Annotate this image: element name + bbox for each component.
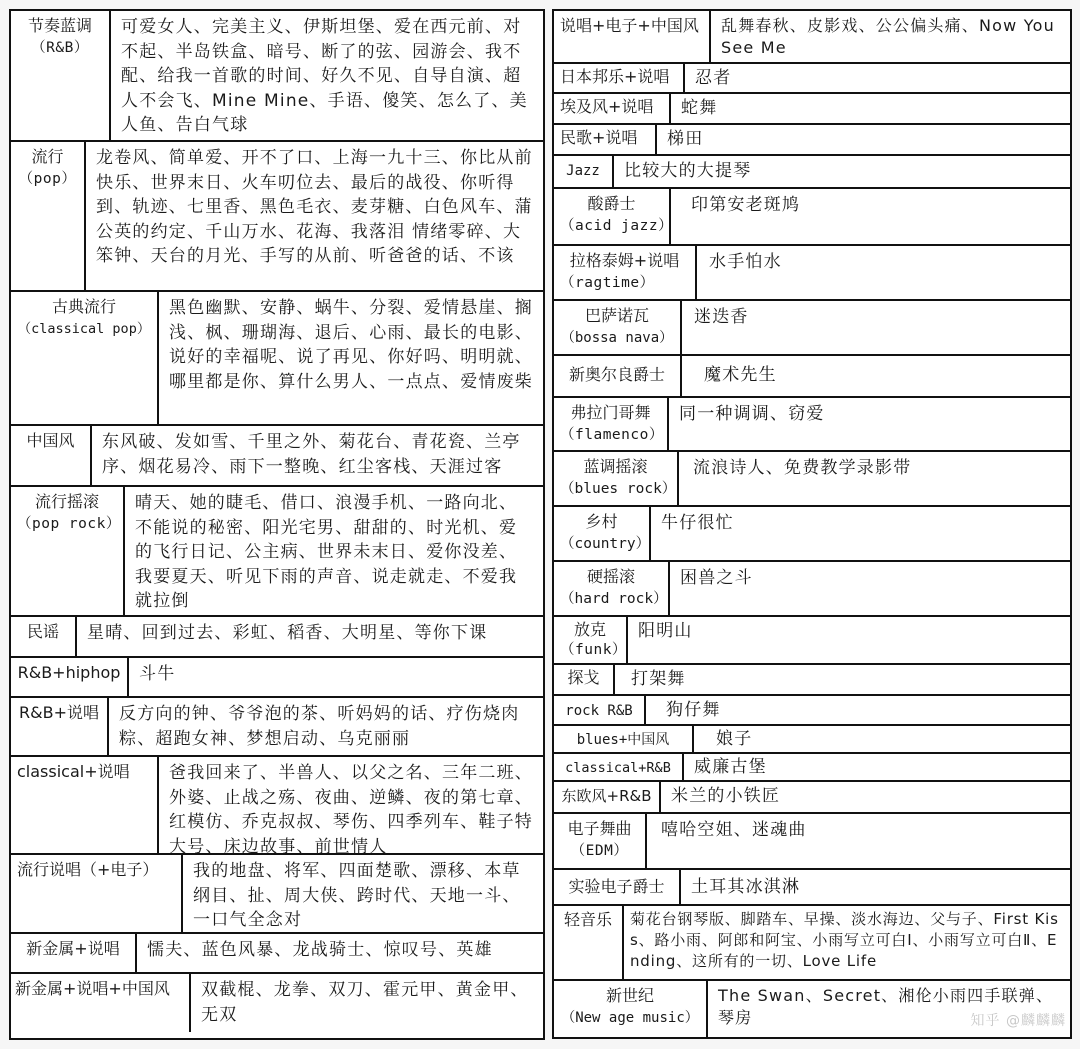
table-row: 流行摇滚 （pop rock） 晴天、她的睫毛、借口、浪漫手机、一路向北、不能说…	[11, 487, 543, 617]
genre-label: classical+R&B	[565, 760, 671, 776]
songs-cell: 星晴、回到过去、彩虹、稻香、大明星、等你下课	[77, 617, 543, 656]
table-row: 弗拉门哥舞 （flamenco） 同一种调调、窃爱	[554, 398, 1070, 452]
genre-cell: 流行说唱（+电子）	[11, 855, 183, 932]
table-row: 实验电子爵士 土耳其冰淇淋	[554, 870, 1070, 906]
table-row: 新奥尔良爵士 魔术先生	[554, 356, 1070, 398]
table-row: 酸爵士 （acid jazz） 印第安老斑鸠	[554, 189, 1070, 246]
genre-label: 新金属+说唱+中国风	[15, 979, 170, 998]
songs-cell: 牛仔很忙	[651, 507, 1070, 560]
genre-cell: 放克 （funk）	[554, 617, 628, 663]
genre-label: 探戈	[567, 668, 599, 687]
genre-label: 流行	[31, 147, 63, 166]
genre-label: 流行说唱（+电子）	[17, 860, 158, 879]
songs-cell: 印第安老斑鸠	[671, 189, 1070, 244]
genre-cell: 古典流行 （classical pop）	[11, 292, 159, 424]
songs-cell: 忍者	[685, 64, 1070, 92]
genre-label: 日本邦乐+说唱	[560, 67, 669, 86]
genre-label: 中国风	[26, 431, 74, 450]
table-row: 埃及风+说唱 蛇舞	[554, 94, 1070, 125]
table-row: 流行说唱（+电子） 我的地盘、将军、四面楚歌、漂移、本草纲目、扯、周大侠、跨时代…	[11, 855, 543, 934]
genre-label: rock R&B	[565, 703, 632, 719]
songs-cell: 娘子	[694, 726, 1070, 752]
genre-label: 乡村	[585, 512, 617, 531]
genre-cell: 民谣	[11, 617, 77, 656]
table-row: 巴萨诺瓦 （bossa nava） 迷迭香	[554, 301, 1070, 356]
genre-cell: blues+中国风	[554, 726, 694, 752]
genre-label: R&B+说唱	[19, 703, 99, 722]
songs-cell: 魔术先生	[682, 356, 1070, 396]
genre-label: 新世纪	[606, 986, 654, 1005]
table-row: 民歌+说唱 梯田	[554, 125, 1070, 156]
songs-cell: 嘻哈空姐、迷魂曲	[647, 814, 1070, 868]
genre-label: 拉格泰姆+说唱	[570, 251, 679, 270]
genre-label: 放克	[574, 620, 606, 639]
genre-label: 古典流行	[52, 297, 116, 316]
songs-cell: 爸我回来了、半兽人、以父之名、三年二班、外婆、止战之殇、夜曲、逆鳞、夜的第七章、…	[159, 757, 543, 853]
songs-cell: 困兽之斗	[670, 562, 1070, 615]
table-row: 古典流行 （classical pop） 黑色幽默、安静、蜗牛、分裂、爱情悬崖、…	[11, 292, 543, 426]
songs-cell: 打架舞	[615, 665, 1070, 694]
genre-cell: 埃及风+说唱	[554, 94, 671, 123]
genre-cell: classical+R&B	[554, 754, 684, 780]
genre-label: 埃及风+说唱	[560, 97, 653, 116]
zhihu-watermark: 知乎 @麟麟麟	[971, 1010, 1066, 1030]
songs-cell: 米兰的小铁匠	[661, 782, 1070, 812]
table-row: 轻音乐 菊花台钢琴版、脚踏车、早操、淡水海边、父与子、First Kiss、路小…	[554, 906, 1070, 981]
genre-label: 民歌+说唱	[560, 128, 637, 147]
songs-cell: 东风破、发如雪、千里之外、菊花台、青花瓷、兰亭序、烟花易冷、雨下一整晚、红尘客栈…	[92, 426, 543, 485]
genre-cell: 日本邦乐+说唱	[554, 64, 685, 92]
genre-english: （pop rock）	[17, 513, 117, 535]
songs-cell: 土耳其冰淇淋	[681, 870, 1070, 904]
right-genre-table: 说唱+电子+中国风 乱舞春秋、皮影戏、公公偏头痛、Now You See Me …	[552, 9, 1072, 1039]
genre-english: （country）	[560, 533, 643, 555]
genre-label: 实验电子爵士	[568, 877, 664, 896]
genre-label: 东欧风+R&B	[562, 787, 652, 805]
genre-english: （ragtime）	[560, 272, 689, 294]
genre-label: 新奥尔良爵士	[569, 365, 665, 384]
songs-cell: 同一种调调、窃爱	[669, 398, 1070, 450]
genre-label: 民谣	[27, 622, 59, 641]
genre-cell: 乡村 （country）	[554, 507, 651, 560]
table-row: 中国风 东风破、发如雪、千里之外、菊花台、青花瓷、兰亭序、烟花易冷、雨下一整晚、…	[11, 426, 543, 487]
genre-label: 酸爵士	[587, 194, 635, 213]
songs-cell: 斗牛	[129, 658, 543, 696]
songs-cell: 乱舞春秋、皮影戏、公公偏头痛、Now You See Me	[711, 11, 1070, 62]
table-row: classical+R&B 威廉古堡	[554, 754, 1070, 782]
genre-english: （funk）	[560, 640, 620, 660]
genre-label: 弗拉门哥舞	[570, 403, 650, 422]
genre-cell: 新奥尔良爵士	[554, 356, 682, 396]
genre-english: （classical pop）	[13, 318, 155, 340]
genre-english: （New age music）	[560, 1007, 700, 1029]
genre-song-table-image: 节奏蓝调 （R&B） 可爱女人、完美主义、伊斯坦堡、爱在西元前、对不起、半岛铁盒…	[0, 0, 1080, 1049]
genre-cell: 节奏蓝调 （R&B）	[11, 11, 111, 140]
table-row: rock R&B 狗仔舞	[554, 696, 1070, 726]
genre-label: blues+中国风	[577, 732, 670, 748]
songs-cell: 晴天、她的睫毛、借口、浪漫手机、一路向北、不能说的秘密、阳光宅男、甜甜的、时光机…	[125, 487, 543, 615]
table-row: 硬摇滚 （hard rock） 困兽之斗	[554, 562, 1070, 617]
table-row: 新金属+说唱 懦夫、蓝色风暴、龙战骑士、惊叹号、英雄	[11, 934, 543, 974]
genre-english: （R&B）	[17, 37, 103, 59]
genre-label: 说唱+电子+中国风	[560, 16, 699, 35]
genre-cell: 轻音乐	[554, 906, 624, 979]
table-row: classical+说唱 爸我回来了、半兽人、以父之名、三年二班、外婆、止战之殇…	[11, 757, 543, 855]
genre-cell: 巴萨诺瓦 （bossa nava）	[554, 301, 682, 354]
table-row: 拉格泰姆+说唱 （ragtime） 水手怕水	[554, 246, 1070, 301]
table-row: 电子舞曲 （EDM） 嘻哈空姐、迷魂曲	[554, 814, 1070, 870]
genre-cell: 中国风	[11, 426, 92, 485]
genre-cell: 实验电子爵士	[554, 870, 681, 904]
genre-label: 蓝调摇滚	[583, 457, 647, 476]
table-row: 蓝调摇滚 （blues rock） 流浪诗人、免费教学录影带	[554, 452, 1070, 507]
genre-cell: 说唱+电子+中国风	[554, 11, 711, 62]
genre-cell: 东欧风+R&B	[554, 782, 661, 812]
genre-english: （flamenco）	[560, 424, 661, 446]
genre-cell: 新金属+说唱	[11, 934, 137, 972]
table-row: 东欧风+R&B 米兰的小铁匠	[554, 782, 1070, 814]
genre-cell: 流行摇滚 （pop rock）	[11, 487, 125, 615]
genre-cell: 新金属+说唱+中国风	[11, 974, 191, 1032]
songs-cell: 阳明山	[628, 617, 1070, 663]
genre-english: （pop）	[17, 168, 78, 190]
genre-label: 新金属+说唱	[26, 939, 119, 958]
genre-cell: 拉格泰姆+说唱 （ragtime）	[554, 246, 697, 299]
genre-label: Jazz	[566, 163, 600, 179]
songs-cell: 水手怕水	[697, 246, 1070, 299]
table-row: 节奏蓝调 （R&B） 可爱女人、完美主义、伊斯坦堡、爱在西元前、对不起、半岛铁盒…	[11, 11, 543, 142]
genre-cell: 酸爵士 （acid jazz）	[554, 189, 671, 244]
genre-label: 硬摇滚	[587, 567, 635, 586]
genre-english: （blues rock）	[560, 478, 671, 500]
genre-label: R&B+hiphop	[18, 663, 121, 682]
table-row: Jazz 比较大的大提琴	[554, 156, 1070, 189]
songs-cell: 威廉古堡	[684, 754, 1070, 780]
songs-cell: 菊花台钢琴版、脚踏车、早操、淡水海边、父与子、First Kiss、路小雨、阿郎…	[624, 906, 1070, 979]
table-row: R&B+说唱 反方向的钟、爷爷泡的茶、听妈妈的话、疗伤烧肉粽、超跑女神、梦想启动…	[11, 698, 543, 757]
genre-label: 巴萨诺瓦	[585, 306, 649, 325]
table-row: 新金属+说唱+中国风 双截棍、龙拳、双刀、霍元甲、黄金甲、无双	[11, 974, 543, 1032]
genre-cell: 民歌+说唱	[554, 125, 657, 154]
table-row: 日本邦乐+说唱 忍者	[554, 64, 1070, 94]
songs-cell: 蛇舞	[671, 94, 1070, 123]
genre-cell: 新世纪 （New age music）	[554, 981, 708, 1037]
table-row: 放克 （funk） 阳明山	[554, 617, 1070, 665]
songs-cell: 梯田	[657, 125, 1070, 154]
songs-cell: 迷迭香	[682, 301, 1070, 354]
genre-label: 电子舞曲	[567, 819, 631, 838]
songs-cell: 反方向的钟、爷爷泡的茶、听妈妈的话、疗伤烧肉粽、超跑女神、梦想启动、乌克丽丽	[109, 698, 543, 755]
songs-cell: 流浪诗人、免费教学录影带	[679, 452, 1070, 505]
songs-cell: 狗仔舞	[646, 696, 1070, 724]
table-row: 说唱+电子+中国风 乱舞春秋、皮影戏、公公偏头痛、Now You See Me	[554, 11, 1070, 64]
genre-cell: R&B+说唱	[11, 698, 109, 755]
genre-cell: 弗拉门哥舞 （flamenco）	[554, 398, 669, 450]
songs-cell: 我的地盘、将军、四面楚歌、漂移、本草纲目、扯、周大侠、跨时代、天地一斗、一口气全…	[183, 855, 543, 932]
table-row: 流行 （pop） 龙卷风、简单爱、开不了口、上海一九十三、你比从前快乐、世界末日…	[11, 142, 543, 292]
songs-cell: 比较大的大提琴	[614, 156, 1070, 187]
genre-english: （acid jazz）	[560, 215, 663, 237]
table-row: 探戈 打架舞	[554, 665, 1070, 696]
songs-cell: 黑色幽默、安静、蜗牛、分裂、爱情悬崖、搁浅、枫、珊瑚海、退后、心雨、最长的电影、…	[159, 292, 543, 424]
table-row: 乡村 （country） 牛仔很忙	[554, 507, 1070, 562]
genre-cell: classical+说唱	[11, 757, 159, 853]
songs-cell: 可爱女人、完美主义、伊斯坦堡、爱在西元前、对不起、半岛铁盒、暗号、断了的弦、园游…	[111, 11, 543, 140]
genre-cell: Jazz	[554, 156, 614, 187]
genre-cell: 硬摇滚 （hard rock）	[554, 562, 670, 615]
songs-cell: 双截棍、龙拳、双刀、霍元甲、黄金甲、无双	[191, 974, 543, 1032]
genre-cell: R&B+hiphop	[11, 658, 129, 696]
table-row: 民谣 星晴、回到过去、彩虹、稻香、大明星、等你下课	[11, 617, 543, 658]
genre-label: 轻音乐	[564, 910, 612, 929]
genre-english: （EDM）	[560, 840, 639, 862]
genre-english: （hard rock）	[560, 588, 662, 610]
songs-cell: 懦夫、蓝色风暴、龙战骑士、惊叹号、英雄	[137, 934, 543, 972]
genre-cell: 流行 （pop）	[11, 142, 86, 290]
genre-cell: 电子舞曲 （EDM）	[554, 814, 647, 868]
genre-english: （bossa nava）	[560, 327, 674, 349]
genre-label: 节奏蓝调	[28, 16, 92, 35]
table-row: blues+中国风 娘子	[554, 726, 1070, 754]
genre-label: classical+说唱	[17, 762, 130, 781]
left-genre-table: 节奏蓝调 （R&B） 可爱女人、完美主义、伊斯坦堡、爱在西元前、对不起、半岛铁盒…	[9, 9, 545, 1040]
songs-cell: 龙卷风、简单爱、开不了口、上海一九十三、你比从前快乐、世界末日、火车叨位去、最后…	[86, 142, 543, 290]
table-row: R&B+hiphop 斗牛	[11, 658, 543, 698]
genre-label: 流行摇滚	[35, 492, 99, 511]
genre-cell: 蓝调摇滚 （blues rock）	[554, 452, 679, 505]
genre-cell: 探戈	[554, 665, 615, 694]
genre-cell: rock R&B	[554, 696, 646, 724]
